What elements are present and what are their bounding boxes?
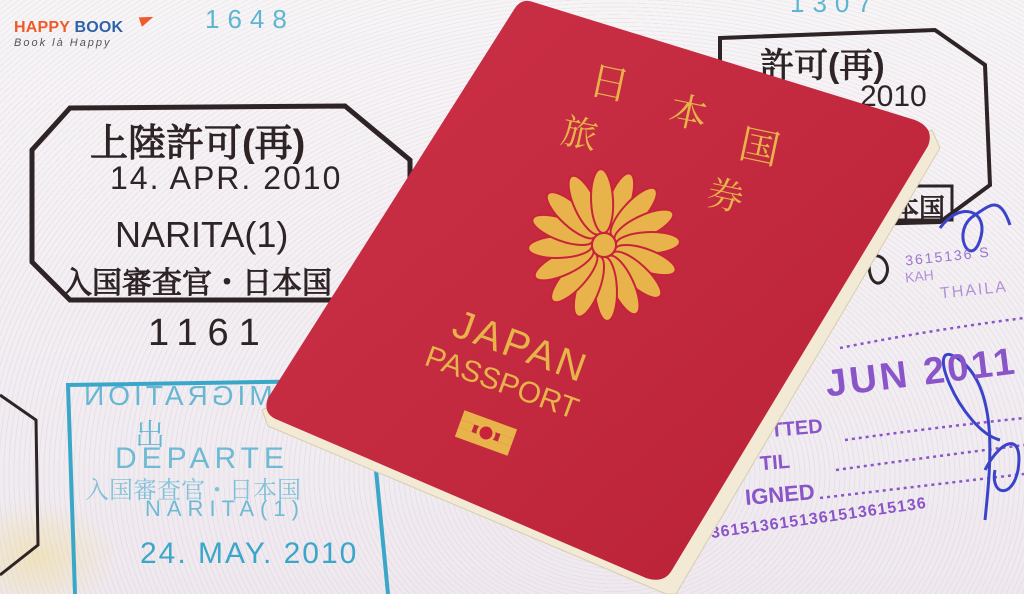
happy-book-logo: HAPPY BOOK Book là Happy [14, 20, 123, 49]
japan-passport [0, 0, 1024, 594]
logo-brand: HAPPY BOOK [14, 20, 123, 36]
logo-brand-book: BOOK [75, 19, 124, 36]
logo-tagline: Book là Happy [14, 37, 123, 49]
logo-brand-happy: HAPPY [14, 19, 70, 36]
